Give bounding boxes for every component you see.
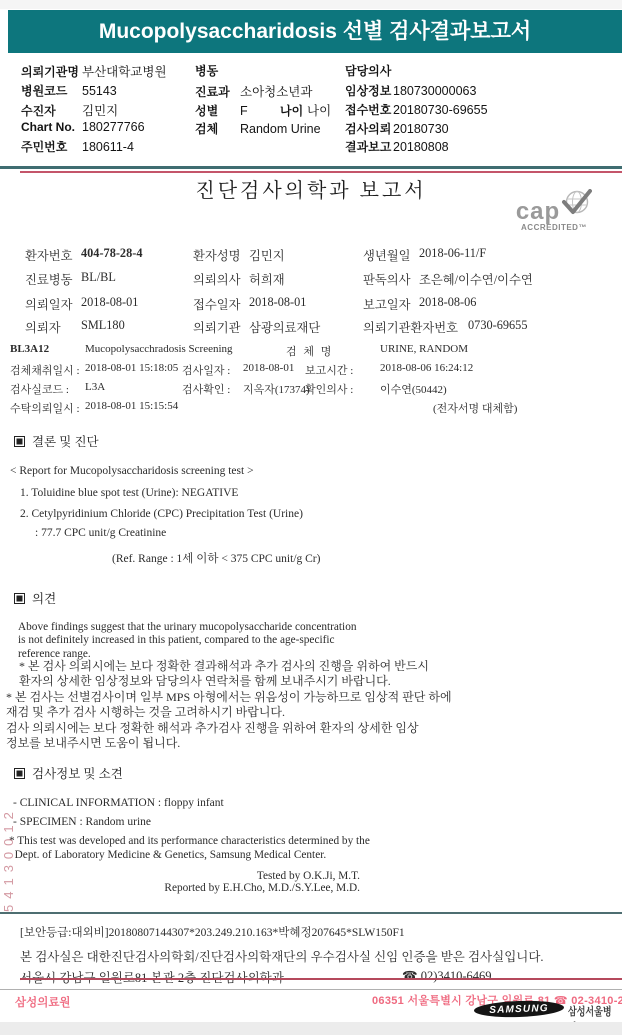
- field-value: 180730000063: [393, 84, 476, 98]
- field-label: 수탁의뢰일시 :: [10, 400, 80, 416]
- field-label: 판독의사: [363, 270, 419, 288]
- field-label: 담당의사: [345, 62, 393, 79]
- tested-by: Tested by O.K.Ji, M.T.: [25, 870, 360, 882]
- patient-name-field: 환자성명 김민지: [193, 246, 285, 264]
- lab-phone: ☎ 02)3410-6469: [402, 968, 492, 984]
- field-value: 180277766: [82, 120, 145, 134]
- field-label: 주민번호: [21, 138, 82, 155]
- field-specimen: 검체 Random Urine: [195, 120, 321, 137]
- field-value: L3A: [85, 381, 105, 393]
- patient-id-field: 환자번호 404-78-28-4: [25, 246, 142, 264]
- org-patient-no-field: 의뢰기관환자번호 0730-69655: [363, 318, 527, 336]
- field-value: 김민지: [249, 246, 285, 264]
- certification-statement: 본 검사실은 대한진단검사의학회/진단검사의학재단의 우수검사실 신임 인증을 …: [20, 947, 544, 965]
- field-attending-doctor: 담당의사: [345, 62, 393, 79]
- field-label: 병원코드: [21, 82, 82, 99]
- field-label: Chart No.: [21, 120, 82, 134]
- field-label: 의뢰일자: [25, 295, 81, 313]
- field-value: 부산대학교병원: [82, 62, 167, 80]
- cap-globe-check-icon: [560, 189, 592, 222]
- field-label: 확인의사 :: [305, 381, 353, 397]
- reading-doctor-field: 판독의사 조은혜/이수연/이수연: [363, 270, 533, 288]
- field-value: SML180: [81, 318, 125, 336]
- opinion-korean-1: * 본 검사 의뢰시에는 보다 정확한 결과해석과 추가 검사의 진행을 위하여…: [19, 659, 429, 690]
- gray-rule: [0, 989, 622, 990]
- field-value: 20180730-69655: [393, 103, 488, 117]
- scan-margin-code: 54130012: [1, 742, 16, 912]
- field-resident-no: 주민번호 180611-4: [21, 138, 134, 155]
- field-value: 20180808: [393, 140, 449, 154]
- field-value: 404-78-28-4: [81, 246, 142, 264]
- field-label: 검사일자 :: [182, 362, 230, 378]
- section-conclusion-heading: 결론 및 진단: [14, 432, 99, 450]
- specimen-label: 검 체 명: [286, 343, 333, 359]
- conclusion-line: 1. Toluidine blue spot test (Urine): NEG…: [20, 487, 238, 499]
- field-value: 지옥자(17374): [243, 381, 310, 397]
- field-value: 2018-08-01: [243, 362, 294, 374]
- field-label: 성별: [195, 102, 240, 119]
- field-accession-no: 접수번호 20180730-69655: [345, 101, 488, 118]
- field-label: 검사실코드 :: [10, 381, 69, 397]
- field-value: 조은혜/이수연/이수연: [419, 270, 533, 288]
- section-info-heading: 검사정보 및 소견: [14, 764, 123, 782]
- lab-address: 서울시 강남구 일원로81 본관 2층 진단검사의학과: [20, 968, 284, 986]
- security-classification: [보안등급:대외비]20180807144307*203.249.210.163…: [20, 924, 405, 940]
- field-label: 생년월일: [363, 246, 419, 264]
- section-marker-icon: [14, 593, 25, 604]
- field-chart-no: Chart No. 180277766: [21, 120, 145, 134]
- teal-divider: [0, 166, 622, 169]
- dark-divider: [0, 912, 622, 914]
- specimen-information: - SPECIMEN : Random urine: [13, 816, 151, 828]
- field-value: 2018-08-01 15:18:05: [85, 362, 178, 374]
- field-value: 삼광의료재단: [249, 318, 320, 336]
- field-value: 2018-08-01: [249, 295, 306, 313]
- test-code: BL3A12: [10, 343, 49, 355]
- opinion-english: Above findings suggest that the urinary …: [18, 621, 357, 661]
- field-value: BL/BL: [81, 270, 116, 288]
- field-patient: 수진자 김민지: [21, 101, 118, 119]
- field-label: 의뢰기관: [193, 318, 249, 336]
- field-value: 2018-08-06 16:24:12: [380, 362, 473, 374]
- field-label: 임상정보: [345, 82, 393, 99]
- field-value: 0730-69655: [468, 318, 527, 336]
- field-label: 의뢰자: [25, 318, 81, 336]
- field-hospital-code: 병원코드 55143: [21, 82, 117, 99]
- test-name: Mucopolysacchradosis Screening: [85, 343, 233, 355]
- reported-by: Reported by E.H.Cho, M.D./S.Y.Lee, M.D.: [25, 882, 360, 894]
- field-ward: 병동: [195, 62, 240, 79]
- field-value: 2018-08-06: [419, 295, 476, 313]
- request-date-field: 의뢰일자 2018-08-01: [25, 295, 138, 313]
- field-value: 2018-08-01: [81, 295, 138, 313]
- field-value: 55143: [82, 84, 117, 98]
- field-label: 의뢰의사: [193, 270, 249, 288]
- section-opinion-heading: 의견: [14, 589, 56, 607]
- field-label: 검사확인 :: [182, 381, 230, 397]
- page-top-edge: [0, 0, 622, 9]
- field-label: 보고시간 :: [305, 362, 353, 378]
- report-title-bar: Mucopolysaccharidosis 선별 검사결과보고서: [8, 10, 622, 53]
- field-value: 김민지: [82, 101, 118, 119]
- section-title: 의견: [32, 589, 56, 607]
- birthdate-field: 생년월일 2018-06-11/F: [363, 246, 486, 264]
- field-result-date: 결과보고 20180808: [345, 138, 449, 155]
- referring-org-field: 의뢰기관 삼광의료재단: [193, 318, 320, 336]
- cap-accredited-logo: cap ACCREDITED™: [502, 189, 606, 232]
- ward-field: 진료병동 BL/BL: [25, 270, 116, 288]
- field-label: 환자번호: [25, 246, 81, 264]
- section-title: 검사정보 및 소견: [32, 764, 123, 782]
- requester-field: 의뢰자 SML180: [25, 318, 125, 336]
- red-rule-top: [20, 171, 622, 173]
- field-label: 수진자: [21, 102, 82, 119]
- lab-report-page: Mucopolysaccharidosis 선별 검사결과보고서 의뢰기관명 부…: [0, 0, 622, 1035]
- opinion-korean-2: * 본 검사는 선별검사이며 일부 MPS 아형에서는 위음성이 가능하므로 임…: [6, 690, 452, 751]
- field-label: 의뢰기관명: [21, 63, 82, 80]
- field-clinical-info: 임상정보 180730000063: [345, 82, 476, 99]
- field-department: 진료과 소아청소년과: [195, 82, 312, 100]
- report-date-field: 보고일자 2018-08-06: [363, 295, 476, 313]
- field-sex-age: 성별 F 나이 나이: [195, 101, 331, 119]
- page-bottom-edge: [0, 1022, 622, 1035]
- field-label: 병동: [195, 62, 240, 79]
- field-label: 환자성명: [193, 246, 249, 264]
- field-value: 180611-4: [82, 140, 134, 154]
- field-label: 진료병동: [25, 270, 81, 288]
- conclusion-line: < Report for Mucopolysaccharidosis scree…: [10, 465, 254, 477]
- field-value: 2018-08-01 15:15:54: [85, 400, 178, 412]
- field-label: 의뢰기관환자번호: [363, 318, 458, 336]
- field-value: 소아청소년과: [240, 82, 312, 100]
- conclusion-result-value: : 77.7 CPC unit/g Creatinine: [35, 527, 166, 539]
- field-label: 검체: [195, 120, 240, 137]
- red-rule-bottom: [20, 978, 622, 980]
- conclusion-line: 2. Cetylpyridinium Chloride (CPC) Precip…: [20, 508, 303, 520]
- field-value: 이수연(50442): [380, 381, 447, 397]
- section-title: 결론 및 진단: [32, 432, 99, 450]
- specimen-value: URINE, RANDOM: [380, 343, 468, 355]
- section-marker-icon: [14, 436, 25, 447]
- field-label: 검사의뢰: [345, 120, 393, 137]
- reference-range: (Ref. Range : 1세 이하 < 375 CPC unit/g Cr): [112, 550, 320, 566]
- field-label: 검체채취일시 :: [10, 362, 80, 378]
- test-development-note: * This test was developed and its perfor…: [9, 835, 370, 862]
- samsung-logo-text: SAMSUNG: [489, 1002, 549, 1015]
- field-order-date: 검사의뢰 20180730: [345, 120, 449, 137]
- field-value: F: [240, 104, 280, 118]
- referring-doctor-field: 의뢰의사 허희재: [193, 270, 285, 288]
- cap-logo-text: cap: [516, 202, 560, 222]
- samsung-medical-brand: 삼성의료원: [15, 994, 71, 1010]
- field-label: 나이: [280, 102, 307, 119]
- field-label: 접수번호: [345, 101, 393, 118]
- field-value: 2018-06-11/F: [419, 246, 486, 264]
- receipt-date-field: 접수일자 2018-08-01: [193, 295, 306, 313]
- field-label: 결과보고: [345, 138, 393, 155]
- field-value: Random Urine: [240, 122, 321, 136]
- field-value: 허희재: [249, 270, 285, 288]
- field-label: 진료과: [195, 83, 240, 100]
- field-value: 나이: [307, 101, 331, 119]
- field-label: 보고일자: [363, 295, 419, 313]
- field-label: 접수일자: [193, 295, 249, 313]
- field-requesting-org: 의뢰기관명 부산대학교병원: [21, 62, 167, 80]
- clinical-information: - CLINICAL INFORMATION : floppy infant: [13, 797, 224, 809]
- field-value: 20180730: [393, 122, 449, 136]
- esign-note: (전자서명 대체함): [433, 400, 517, 416]
